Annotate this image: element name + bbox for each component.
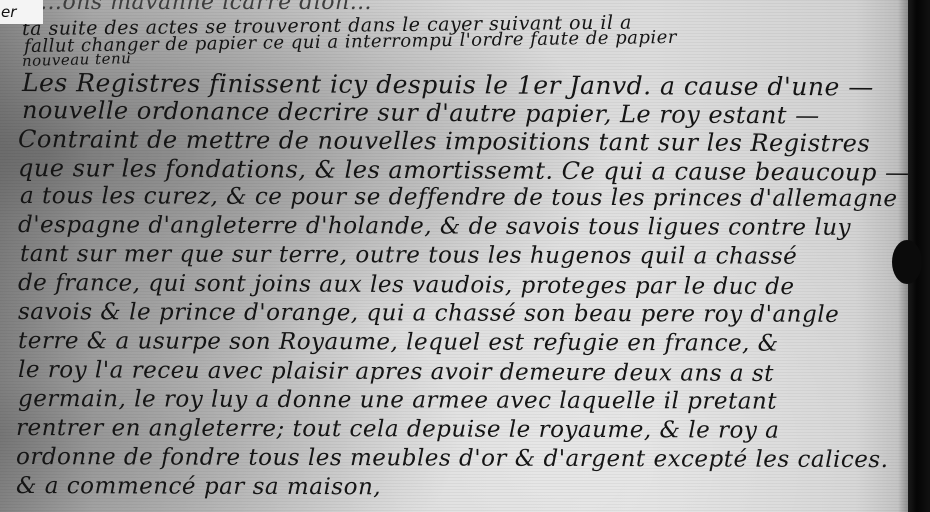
manuscript-line-6: Contraint de mettre de nouvelles imposit… xyxy=(18,125,870,157)
manuscript-line-13: terre & a usurpe son Royaume, lequel est… xyxy=(18,328,779,357)
manuscript-line-12: savois & le prince d'orange, qui a chass… xyxy=(18,299,839,328)
overlay-label: er xyxy=(0,0,43,24)
manuscript-line-3: nouveau tenu xyxy=(22,49,132,70)
manuscript-line-15: germain, le roy luy a donne une armee av… xyxy=(18,386,777,415)
manuscript-page: er …ons mavanne icarre dion… ta suite de… xyxy=(0,0,930,512)
manuscript-line-8: a tous les curez, & ce pour se deffendre… xyxy=(20,183,898,212)
manuscript-line-9: d'espagne d'angleterre d'holande, & de s… xyxy=(18,212,851,241)
binding-ink-blot xyxy=(892,240,922,284)
manuscript-line-5: nouvelle ordonance decrire sur d'autre p… xyxy=(22,96,820,130)
manuscript-line-7: que sur les fondations, & les amortissem… xyxy=(18,154,910,187)
manuscript-line-16: rentrer en angleterre; tout cela depuise… xyxy=(16,415,780,444)
manuscript-line-10: tant sur mer que sur terre, outre tous l… xyxy=(20,241,797,270)
manuscript-line-0: …ons mavanne icarre dion… xyxy=(40,0,372,15)
manuscript-line-18: & a commencé par sa maison, xyxy=(16,473,381,500)
manuscript-line-11: de france, qui sont joins aux les vaudoi… xyxy=(18,270,795,300)
manuscript-line-17: ordonne de fondre tous les meubles d'or … xyxy=(16,444,889,473)
manuscript-line-14: le roy l'a receu avec plaisir apres avoi… xyxy=(18,357,774,387)
